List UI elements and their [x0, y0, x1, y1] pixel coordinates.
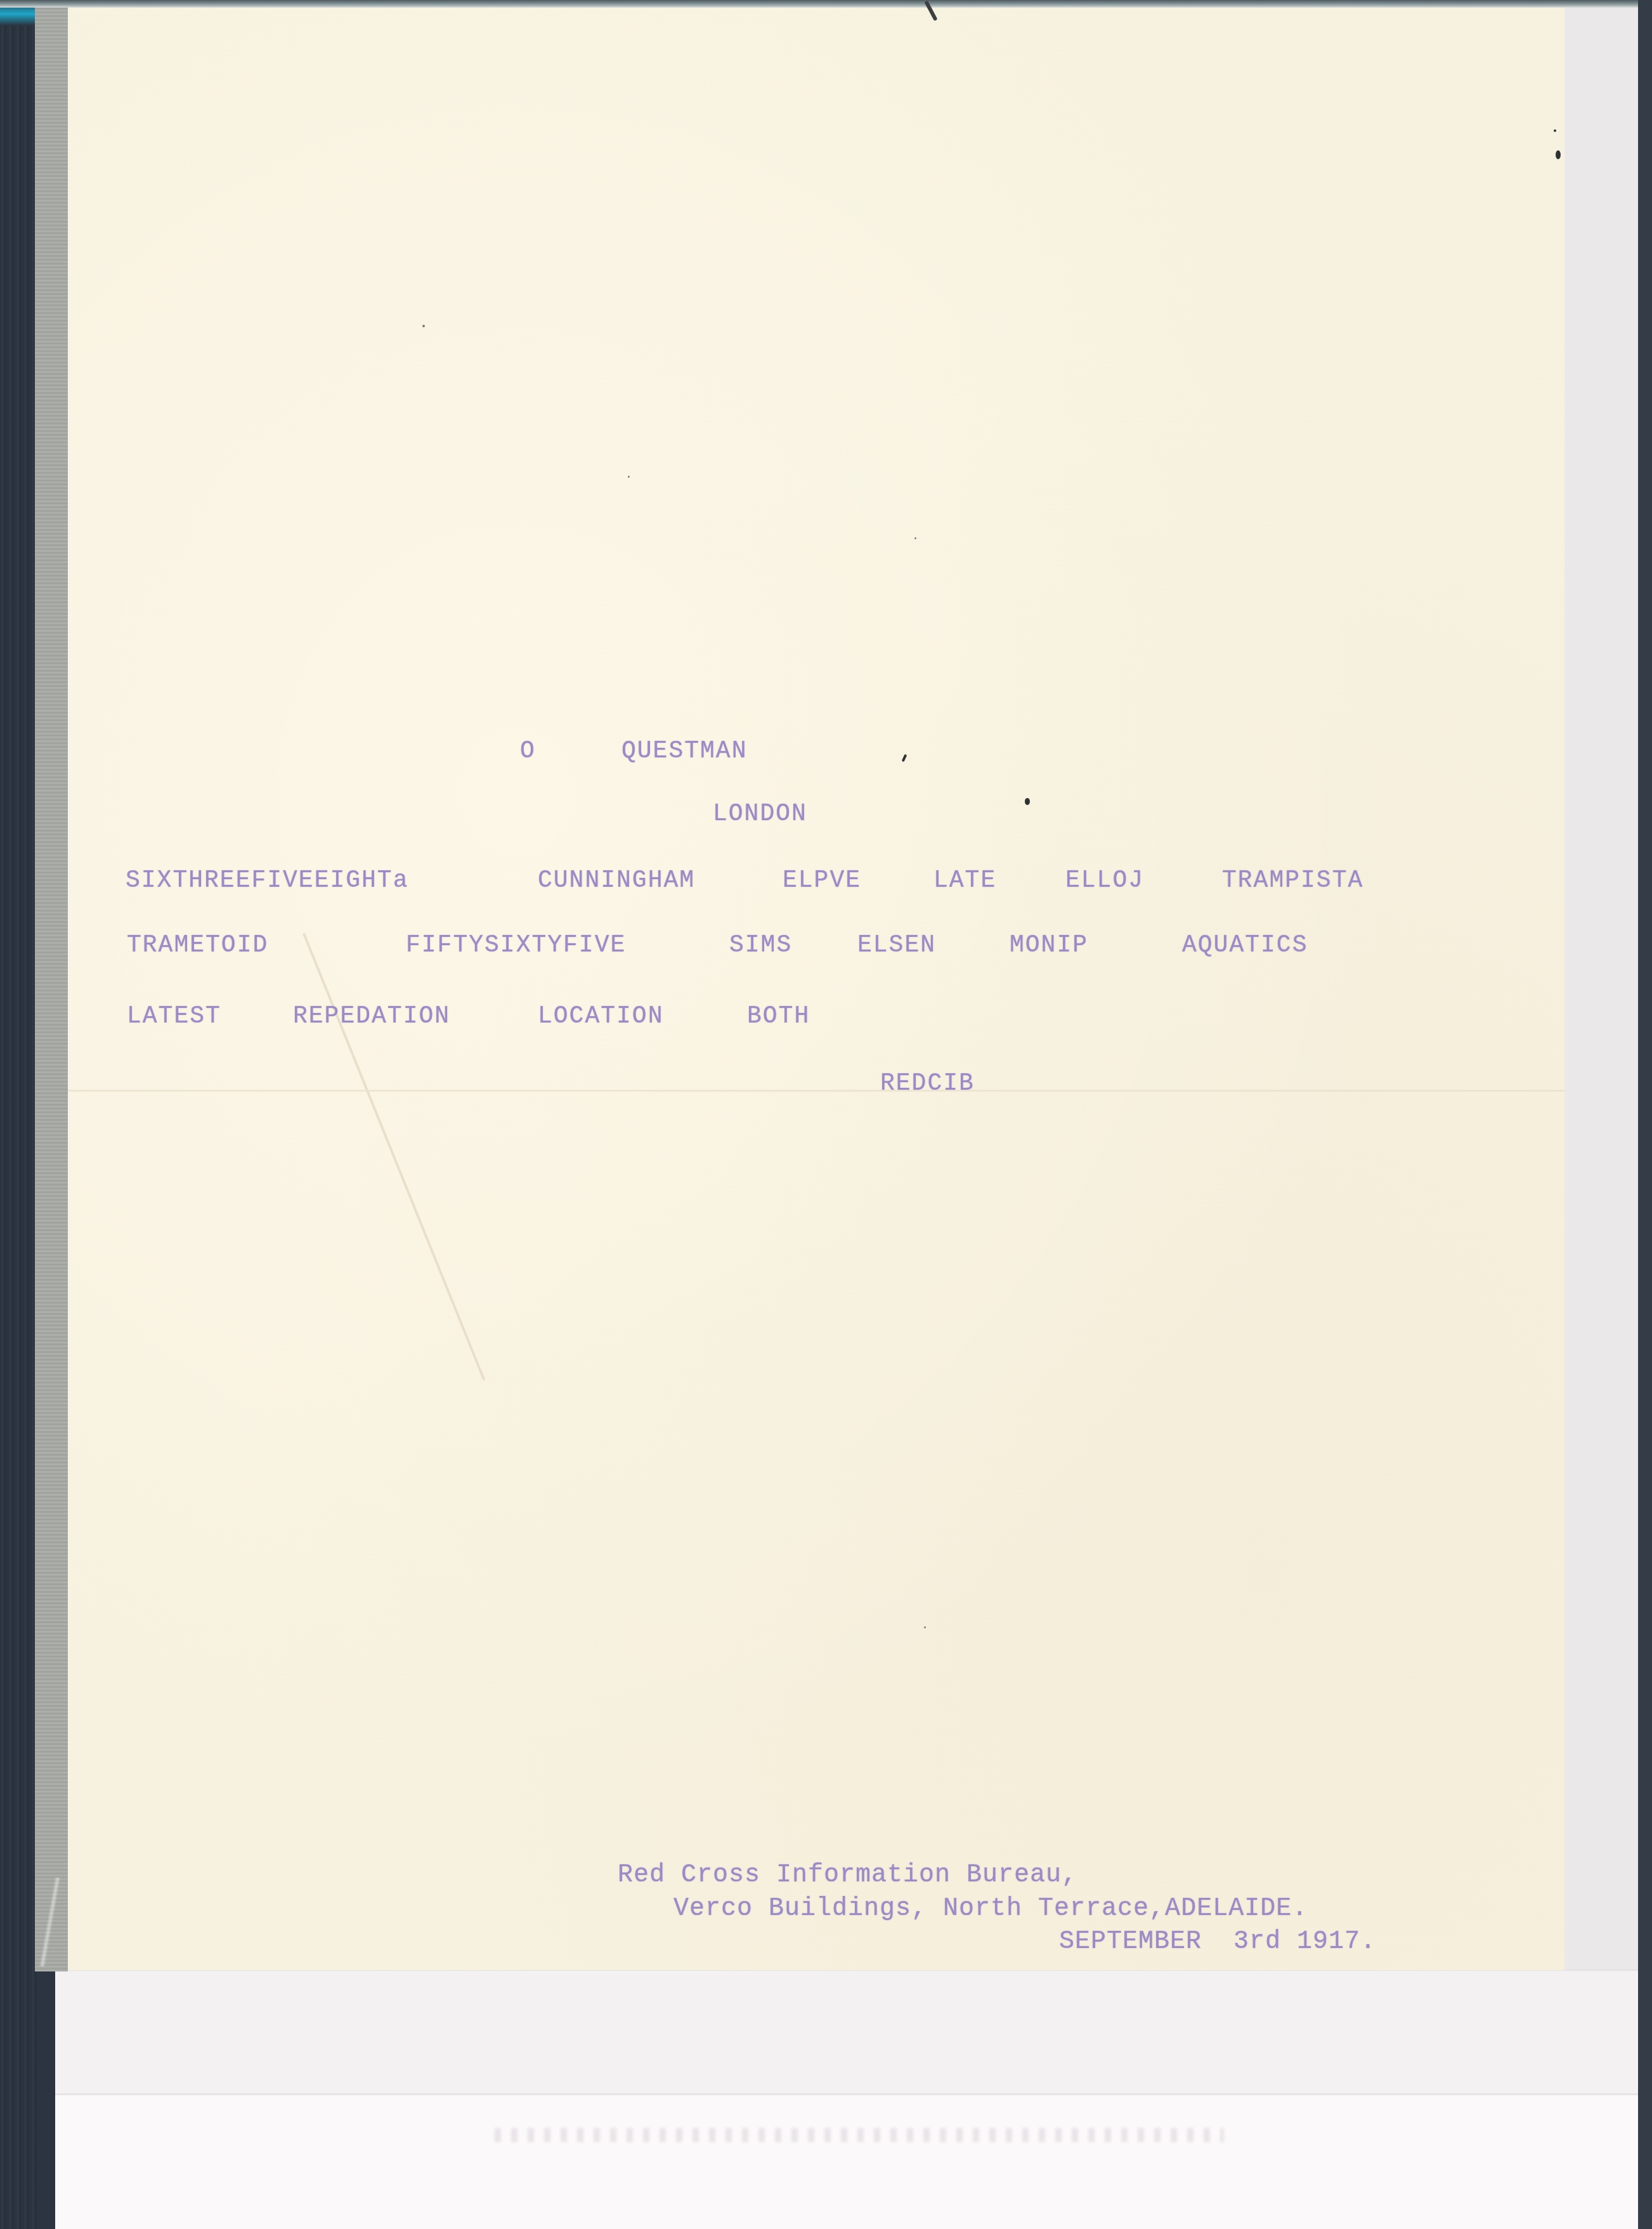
footer-line-1: Red Cross Information Bureau, — [618, 1863, 1077, 1888]
footer-date: SEPTEMBER 3rd 1917. — [1059, 1930, 1376, 1955]
ink-speck — [1556, 150, 1561, 159]
ink-speck — [1554, 129, 1556, 132]
backing-sheet-bottom-band — [55, 2093, 1638, 2229]
message-word: LATE — [933, 869, 996, 893]
signature-code: REDCIB — [880, 1072, 975, 1096]
ink-speck — [1025, 798, 1030, 805]
addressee-prefix: O — [520, 740, 536, 764]
message-word: REPEDATION — [293, 1005, 450, 1029]
telegram-sheet: O QUESTMAN LONDON SIXTHREEFIVEEIGHTa CUN… — [68, 8, 1564, 1970]
dust-speck — [924, 1626, 926, 1628]
message-word: MONIP — [1010, 934, 1088, 958]
message-word: FIFTYSIXTYFIVE — [406, 934, 626, 958]
message-word: TRAMETOID — [127, 934, 268, 958]
message-word: CUNNINGHAM — [538, 869, 695, 893]
message-word: AQUATICS — [1182, 934, 1308, 958]
bleed-through-text — [495, 2128, 1224, 2142]
tissue-fold — [38, 1878, 63, 1966]
addressee-city: LONDON — [713, 802, 807, 827]
backing-sheet-lower-band — [55, 1970, 1638, 2098]
top-edge — [0, 0, 1652, 8]
addressee-name: QUESTMAN — [621, 740, 747, 764]
message-word: BOTH — [747, 1005, 810, 1029]
dust-speck — [628, 476, 630, 478]
footer-line-2: Verco Buildings, North Terrace,ADELAIDE. — [673, 1897, 1308, 1922]
right-edge — [1638, 0, 1652, 2229]
ink-mark — [902, 754, 907, 762]
tissue-strip — [35, 8, 68, 1971]
message-word: ELLOJ — [1065, 869, 1144, 893]
message-word: TRAMPISTA — [1222, 869, 1363, 893]
binding-strip — [0, 0, 37, 2229]
message-word: ELPVE — [783, 869, 861, 893]
message-word: SIXTHREEFIVEEIGHTa — [126, 869, 408, 893]
message-word: ELSEN — [857, 934, 936, 958]
dust-speck — [422, 325, 425, 327]
message-word: LATEST — [127, 1005, 221, 1029]
dust-speck — [914, 537, 916, 539]
message-word: SIMS — [729, 934, 792, 958]
message-word: LOCATION — [538, 1005, 663, 1029]
